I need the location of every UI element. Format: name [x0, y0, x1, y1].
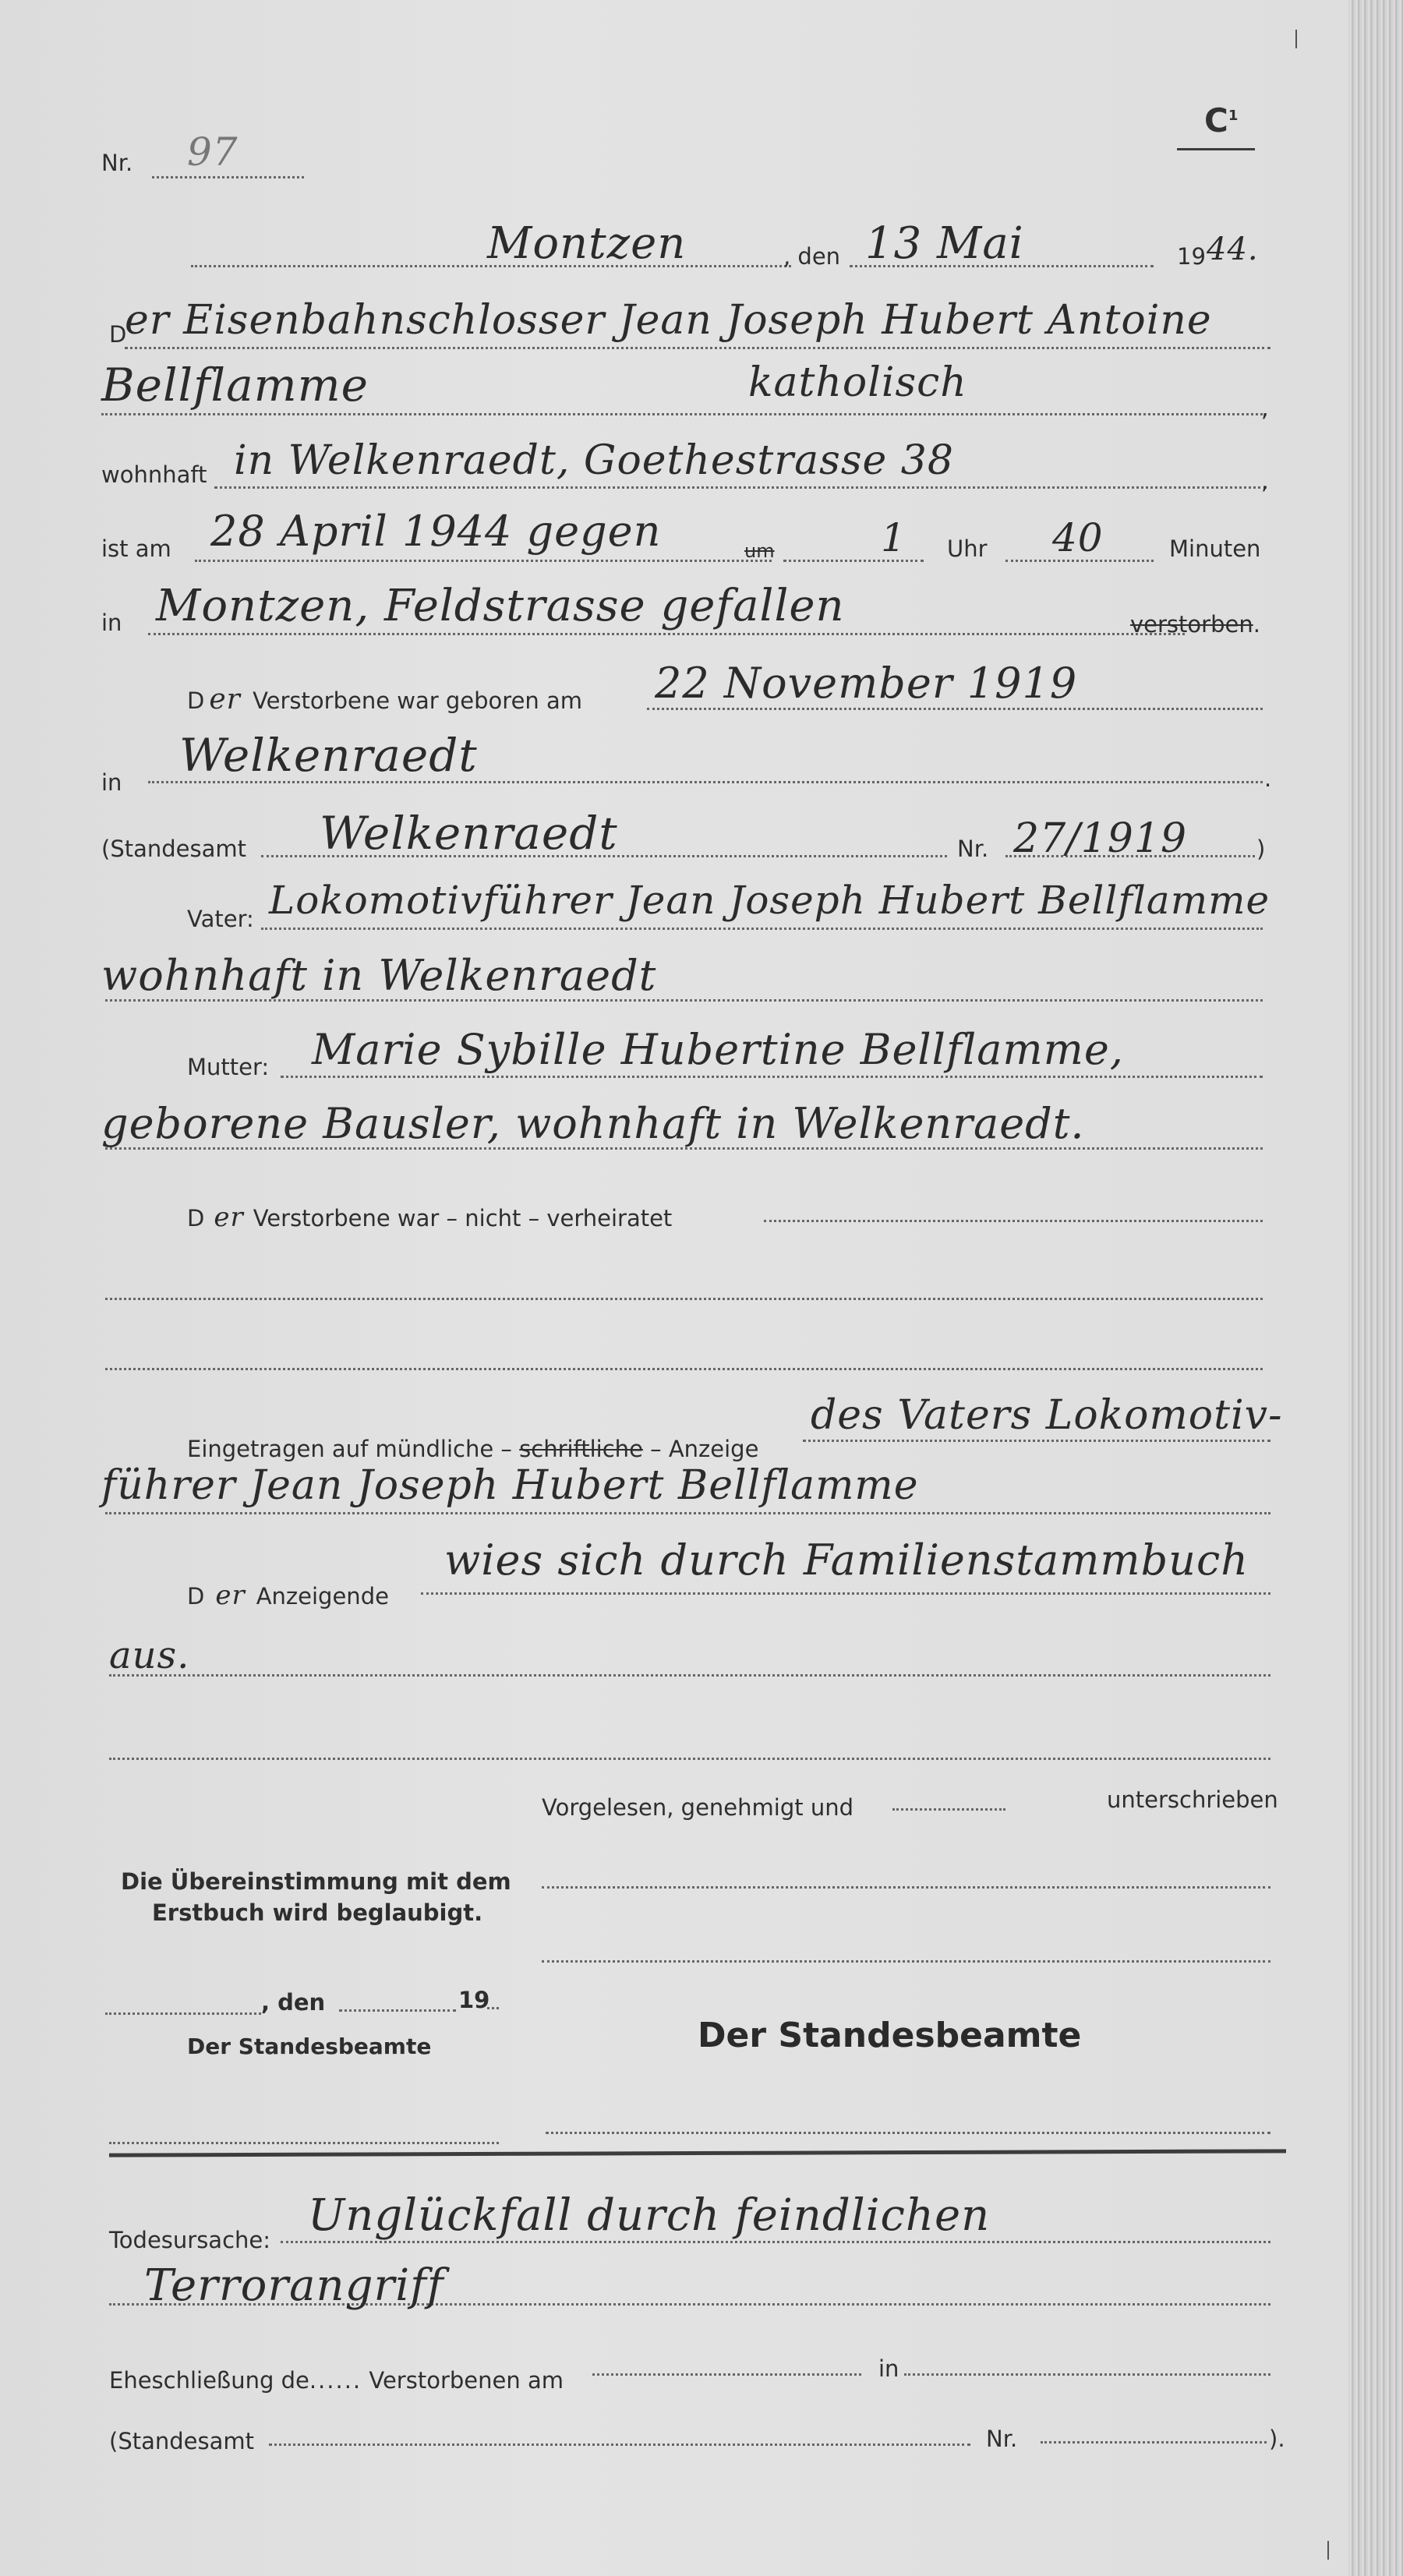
period: .	[1264, 768, 1271, 790]
married-label: DerVerstorbene war – nicht – verheiratet	[187, 1204, 672, 1231]
year-suffix: 44.	[1207, 234, 1259, 265]
year-prefix: 19	[1177, 246, 1206, 268]
residence-line	[214, 486, 1267, 489]
cause-value-2: Terrorangriff	[144, 2264, 444, 2308]
birth-nr-label: Nr.	[957, 838, 988, 860]
der-suffix: er	[125, 297, 170, 344]
schriftliche-struck: schriftliche	[519, 1436, 643, 1462]
deceased-line-2	[101, 413, 1267, 415]
form-code-sup: 1	[1228, 108, 1239, 124]
comma: ,	[1261, 470, 1268, 493]
married-prefix: D	[187, 1205, 204, 1231]
uebereinstimmung-line-1: Die Übereinstimmung mit dem	[121, 1871, 511, 1893]
certify-date-line	[339, 2009, 456, 2012]
born-text: Verstorbene war geboren am	[253, 687, 582, 714]
birth-registry-value: Welkenraedt	[320, 811, 618, 856]
father-line-1	[261, 928, 1263, 930]
eheschliessung-text: Eheschließung de	[109, 2367, 309, 2394]
identification-line-2	[109, 1674, 1270, 1677]
death-date-line	[195, 560, 772, 562]
birth-date-value: 22 November 1919	[655, 663, 1077, 705]
den-label: , den	[783, 246, 840, 268]
eheschliessung-text-2: Verstorbenen am	[369, 2367, 564, 2394]
nr-value: 97	[187, 133, 239, 171]
standesbeamte-small: Der Standesbeamte	[187, 2036, 431, 2058]
birth-nr-value: 27/1919	[1013, 818, 1187, 859]
section-divider	[109, 2149, 1286, 2157]
identification-value-2: aus.	[109, 1637, 189, 1674]
close-paren-2: ).	[1269, 2428, 1285, 2451]
identification-value-1: wies sich durch Familienstammbuch	[444, 1539, 1249, 1581]
certify-place-line	[105, 2012, 261, 2015]
mother-line-1	[281, 1076, 1263, 1078]
deceased-surname: Bellflamme	[101, 362, 369, 408]
birth-date-line	[647, 708, 1263, 710]
marriage-place-line	[904, 2373, 1270, 2376]
deceased-name-1: er Eisenbahnschlosser Jean Joseph Hubert…	[125, 300, 1212, 341]
minutes-value: 40	[1052, 518, 1104, 557]
deceased-line-1	[125, 347, 1270, 349]
certify-den-label: , den	[261, 1991, 325, 2014]
eheschliessung-label: Eheschließung de...... Verstorbenen am	[109, 2369, 564, 2392]
blank-line-2	[105, 1368, 1263, 1370]
informant-value-1: des Vaters Lokomotiv-	[811, 1395, 1283, 1436]
form-code: C1	[1204, 101, 1238, 140]
cause-line-1	[281, 2241, 1270, 2243]
signature-mode-line	[892, 1808, 1005, 1811]
todesursache-label: Todesursache:	[109, 2229, 270, 2252]
born-er: er	[209, 684, 241, 716]
married-line	[764, 1220, 1263, 1222]
verstorben-struck: verstorben	[1130, 611, 1253, 638]
birth-place-value: Welkenraedt	[179, 733, 478, 778]
der-prefix: D	[109, 323, 126, 346]
cause-value-1: Unglückfall durch feindlichen	[308, 2194, 990, 2238]
anzeigende-prefix: D	[187, 1583, 204, 1610]
anzeigende-label: DerAnzeigende	[187, 1582, 389, 1609]
married-text: Verstorbene war – nicht – verheiratet	[253, 1205, 673, 1231]
death-place-value: Montzen, Feldstrasse gefallen	[156, 585, 845, 628]
anzeigende-er: er	[215, 1580, 245, 1611]
mother-value-1: Marie Sybille Hubertine Bellflamme,	[312, 1029, 1124, 1071]
father-value-2: wohnhaft in Welkenraedt	[101, 955, 656, 997]
certify-year: 19	[458, 1989, 489, 2012]
nr-label: Nr.	[101, 152, 133, 175]
uhr-label: Uhr	[947, 538, 988, 560]
in-label: in	[101, 612, 122, 634]
mother-value-2: geborene Bausler, wohnhaft in Welkenraed…	[101, 1103, 1085, 1145]
standesamt-label-2: (Standesamt	[109, 2430, 254, 2453]
born-prefix: D	[187, 687, 204, 714]
um-struck: um	[744, 542, 775, 560]
marriage-date-line	[592, 2373, 861, 2376]
informant-line-1	[803, 1440, 1270, 1442]
death-place-line	[148, 633, 1185, 635]
born-label: Der Verstorbene war geboren am	[187, 686, 582, 714]
identification-line-1	[421, 1592, 1270, 1595]
comma: ,	[1261, 398, 1268, 420]
married-er: er	[214, 1202, 243, 1233]
father-value-1: Lokomotivführer Jean Joseph Hubert Bellf…	[269, 881, 1270, 920]
deceased-religion: katholisch	[748, 362, 967, 403]
eingetragen-label: Eingetragen auf mündliche – schriftliche…	[187, 1438, 758, 1461]
informant-value-2: führer Jean Joseph Hubert Bellflamme	[101, 1465, 919, 1506]
form-code-letter: C	[1204, 101, 1228, 140]
vater-label: Vater:	[187, 908, 254, 931]
hour-value: 1	[881, 518, 906, 557]
uebereinstimmung-line-2: Erstbuch wird beglaubigt.	[152, 1902, 482, 1924]
ist-am-label: ist am	[101, 538, 171, 560]
certify-year-line	[487, 2007, 499, 2009]
blank-line-3	[109, 1758, 1270, 1760]
marriage-nr-label: Nr.	[986, 2428, 1017, 2451]
date-value: 13 Mai	[865, 222, 1024, 266]
minuten-label: Minuten	[1169, 538, 1260, 560]
signature-line-1	[542, 1886, 1270, 1889]
deceased-occupation-name: Eisenbahnschlosser Jean Joseph Hubert An…	[183, 297, 1211, 344]
verstorben-label: verstorben.	[1130, 613, 1260, 636]
marriage-nr-line	[1041, 2441, 1267, 2443]
wohnhaft-label: wohnhaft	[101, 464, 207, 486]
standesamt-label: (Standesamt	[101, 838, 246, 860]
anzeige-text: – Anzeige	[650, 1436, 758, 1462]
informant-line-2	[105, 1512, 1270, 1514]
unterschrieben-label: unterschrieben	[1107, 1789, 1278, 1811]
close-paren: )	[1256, 838, 1265, 860]
marriage-registry-line	[269, 2443, 970, 2446]
period: .	[1253, 611, 1260, 638]
standesbeamte-large: Der Standesbeamte	[698, 2019, 1081, 2053]
eingetragen-text: Eingetragen auf mündliche –	[187, 1436, 512, 1462]
margin-tick-mark	[1295, 30, 1297, 48]
anzeigende-text: Anzeigende	[256, 1583, 389, 1610]
residence-value: in Welkenraedt, Goethestrasse 38	[234, 440, 954, 481]
death-date-value: 28 April 1944 gegen	[210, 511, 661, 553]
signature-line-2	[542, 1960, 1270, 1963]
margin-tick-mark	[1327, 2541, 1329, 2560]
blank-line-1	[105, 1298, 1263, 1300]
form-code-underline	[1177, 148, 1255, 150]
book-page-edges	[1348, 0, 1403, 2576]
in-label-2: in	[101, 772, 122, 794]
civil-register-page: C1 Nr. 97 Montzen , den 13 Mai 19 44. D …	[0, 0, 1348, 2576]
nr-line	[152, 176, 304, 178]
place-value: Montzen	[487, 222, 686, 266]
certify-signature-line	[109, 2142, 499, 2144]
vorgelesen-label: Vorgelesen, genehmigt und	[542, 1797, 853, 1819]
official-signature-line	[546, 2132, 1270, 2134]
marriage-in-label: in	[878, 2358, 899, 2380]
mutter-label: Mutter:	[187, 1056, 269, 1079]
